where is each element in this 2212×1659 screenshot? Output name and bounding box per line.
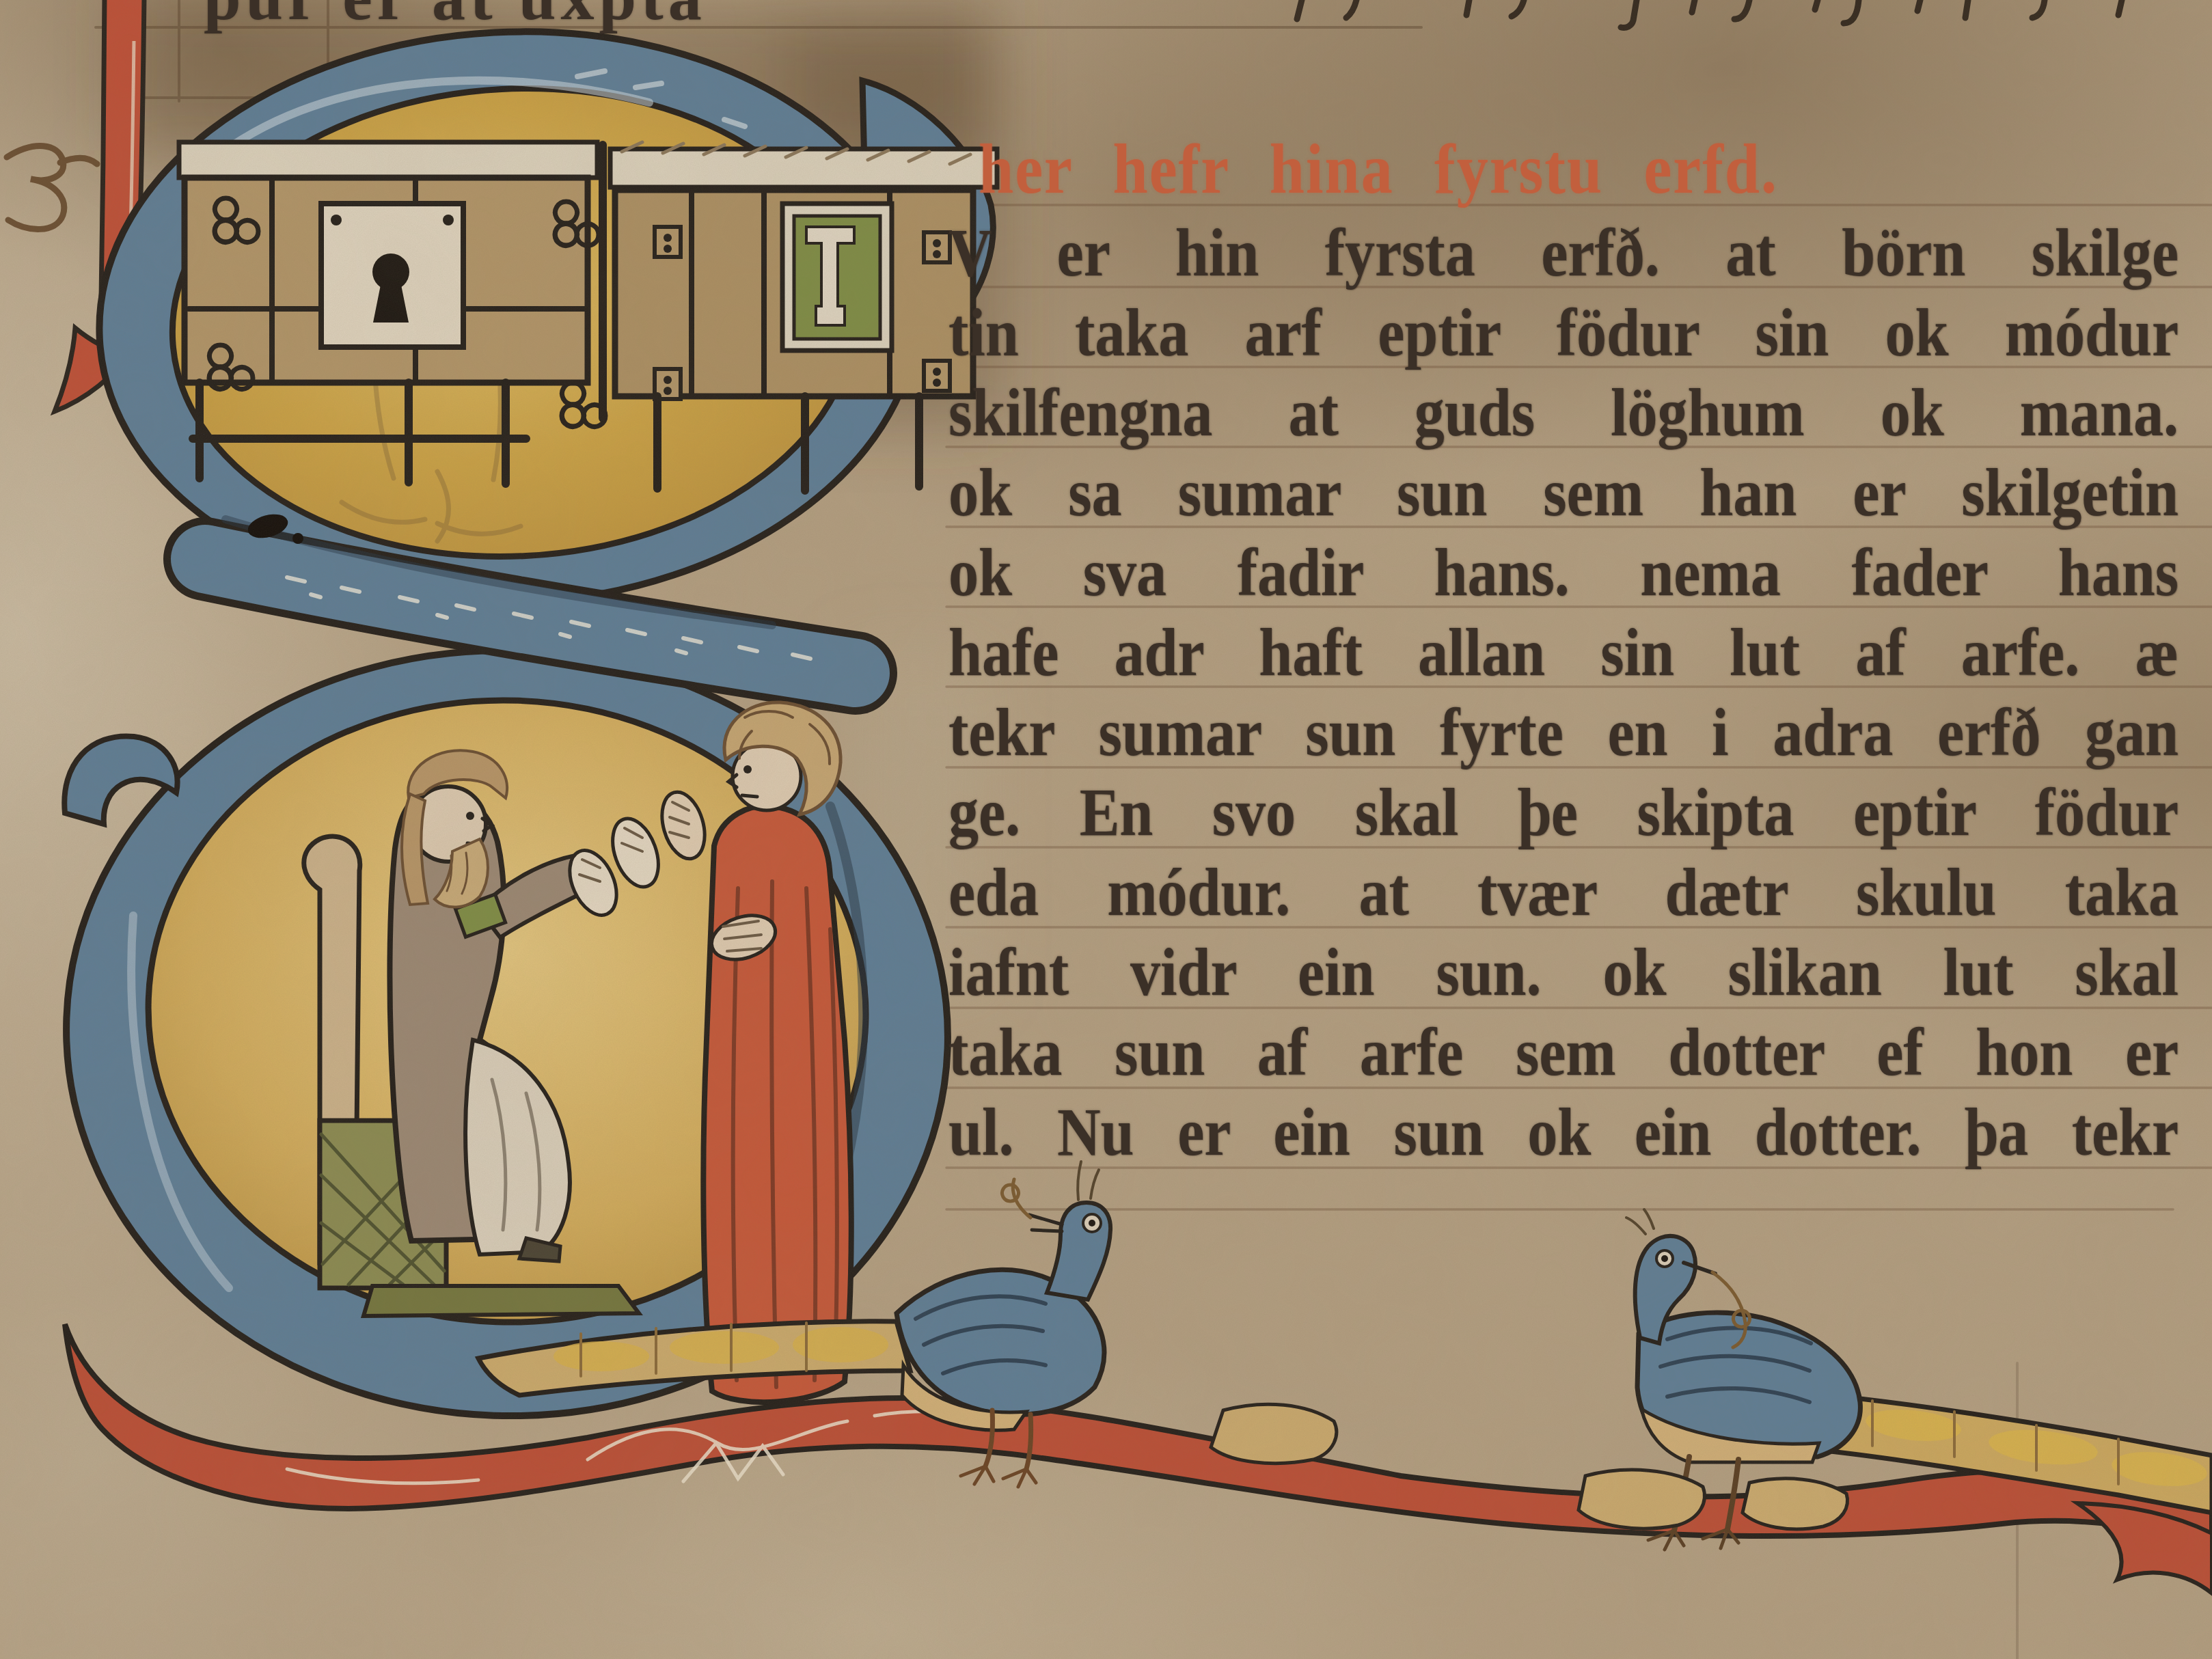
illumination-art	[0, 0, 2212, 1659]
parchment-grain	[0, 0, 2212, 1659]
manuscript-page: pur er at uxpta her hefr hina fyrstu erf…	[0, 0, 2212, 1659]
